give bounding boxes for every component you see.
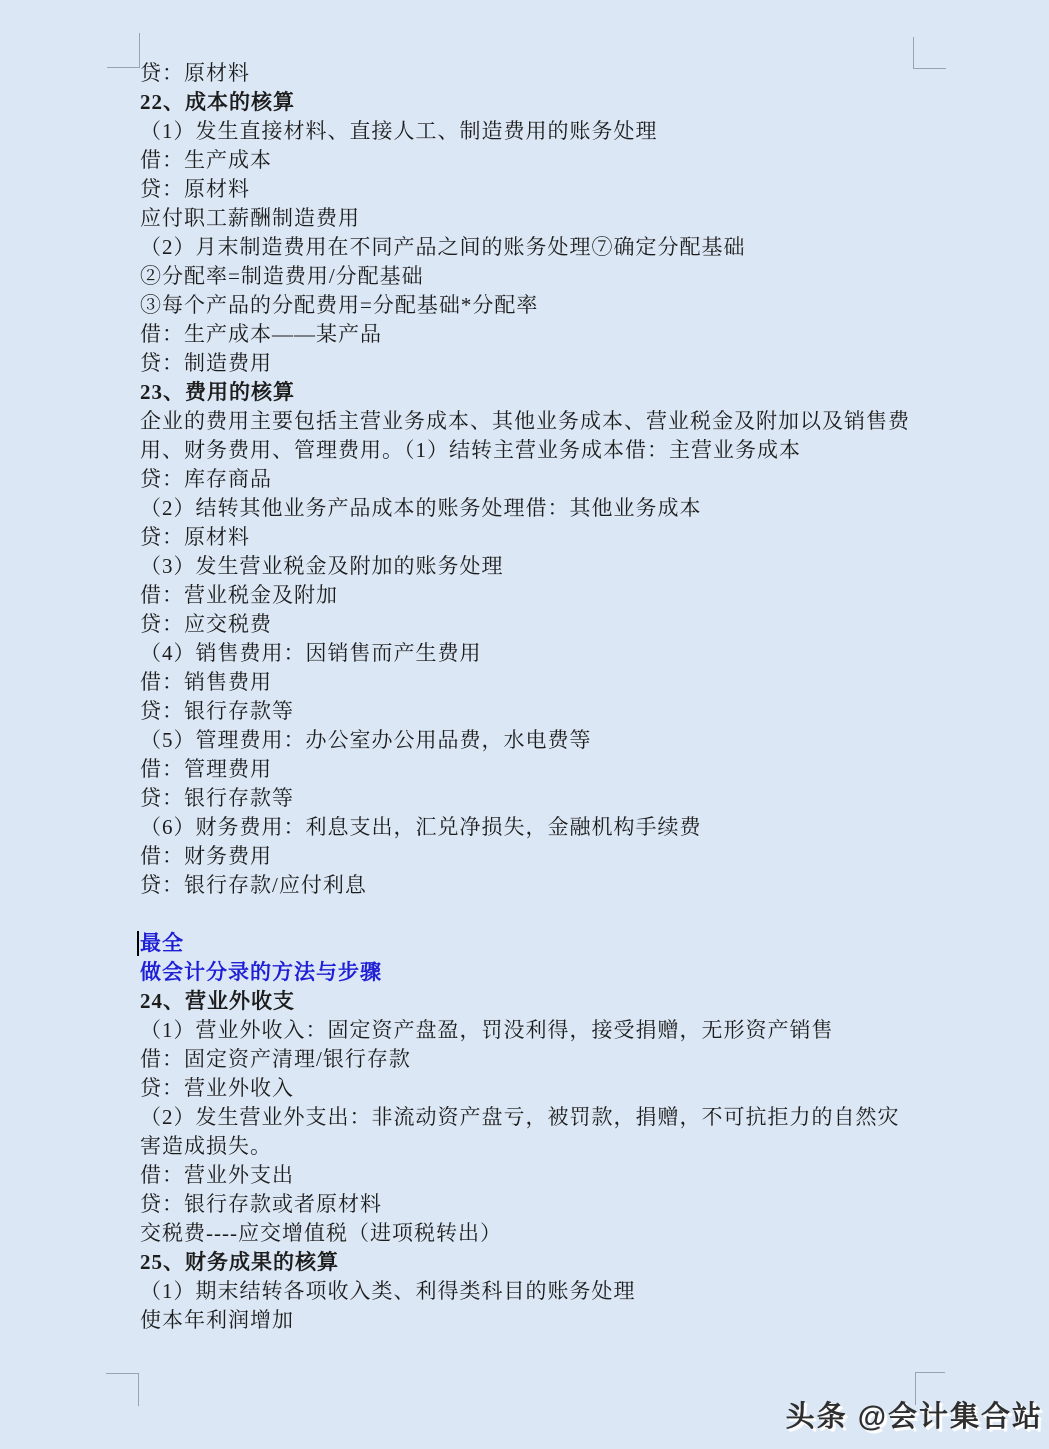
doc-line-text: 贷：制造费用 [140,351,272,375]
doc-line: 贷：银行存款等 [140,697,940,726]
doc-line: 做会计分录的方法与步骤 [140,958,940,987]
doc-line: 借：固定资产清理/银行存款 [140,1045,940,1074]
doc-line: （5）管理费用：办公室办公用品费，水电费等 [140,726,940,755]
doc-line-text: 贷：应交税费 [140,612,272,636]
doc-line-text: 借：营业税金及附加 [140,583,338,607]
doc-line-text: 借：销售费用 [140,670,272,694]
doc-line: 贷：营业外收入 [140,1074,940,1103]
doc-line: 贷：原材料 [140,523,940,552]
doc-line: 用、财务费用、管理费用。（1）结转主营业务成本借：主营业务成本 [140,436,940,465]
doc-line: 借：营业税金及附加 [140,581,940,610]
doc-line: 贷：银行存款等 [140,784,940,813]
section-heading: 25、财务成果的核算 [140,1248,940,1277]
doc-line-text: ②分配率=制造费用/分配基础 [140,264,424,288]
doc-line: ③每个产品的分配费用=分配基础*分配率 [140,291,940,320]
doc-line-text: 企业的费用主要包括主营业务成本、其他业务成本、营业税金及附加以及销售费 [140,409,910,433]
doc-line-text: 借：管理费用 [140,757,272,781]
doc-line-text: 贷：银行存款等 [140,786,294,810]
doc-line-text: 25、财务成果的核算 [140,1250,339,1274]
doc-line-text: 贷：银行存款/应付利息 [140,873,367,897]
doc-line: （2）月末制造费用在不同产品之间的账务处理⑦确定分配基础 [140,233,940,262]
doc-line-text: （1）发生直接材料、直接人工、制造费用的账务处理 [140,119,658,143]
doc-line-text: 贷：库存商品 [140,467,272,491]
doc-line-text: （2）发生营业外支出：非流动资产盘亏，被罚款，捐赠，不可抗拒力的自然灾 [140,1105,900,1129]
doc-line [140,900,940,929]
text-cursor [137,931,139,956]
doc-line: 贷：原材料 [140,175,940,204]
doc-line: 借：管理费用 [140,755,940,784]
doc-line: 贷：银行存款/应付利息 [140,871,940,900]
doc-line-text: （1）营业外收入：固定资产盘盈，罚没利得，接受捐赠，无形资产销售 [140,1018,834,1042]
doc-line-text: 借：生产成本——某产品 [140,322,382,346]
doc-line-text: 最全 [140,931,184,955]
doc-line-text: 借：固定资产清理/银行存款 [140,1047,411,1071]
doc-line-text: （2）结转其他业务产品成本的账务处理借：其他业务成本 [140,496,702,520]
doc-line-text: 借：生产成本 [140,148,272,172]
doc-line: 害造成损失。 [140,1132,940,1161]
doc-line: （2）结转其他业务产品成本的账务处理借：其他业务成本 [140,494,940,523]
doc-line: 借：销售费用 [140,668,940,697]
margin-mark-bottom-left-icon [106,1373,139,1406]
doc-line-text: 22、成本的核算 [140,90,295,114]
doc-line-text: 借：营业外支出 [140,1163,294,1187]
doc-line: 借：生产成本——某产品 [140,320,940,349]
doc-line-text: 贷：银行存款或者原材料 [140,1192,382,1216]
doc-line-text: （2）月末制造费用在不同产品之间的账务处理⑦确定分配基础 [140,235,746,259]
doc-line-text: 用、财务费用、管理费用。（1）结转主营业务成本借：主营业务成本 [140,438,801,462]
doc-line-text: 应付职工薪酬制造费用 [140,206,360,230]
doc-line-text: 23、费用的核算 [140,380,295,404]
doc-line-text: 做会计分录的方法与步骤 [140,960,382,984]
doc-line-text: （3）发生营业税金及附加的账务处理 [140,554,504,578]
doc-line: （1）期末结转各项收入类、利得类科目的账务处理 [140,1277,940,1306]
doc-line: （6）财务费用：利息支出，汇兑净损失，金融机构手续费 [140,813,940,842]
doc-line: 使本年利润增加 [140,1306,940,1335]
document-page: 贷：原材料22、成本的核算（1）发生直接材料、直接人工、制造费用的账务处理借：生… [0,0,1049,1449]
doc-line: 应付职工薪酬制造费用 [140,204,940,233]
doc-line-text: （6）财务费用：利息支出，汇兑净损失，金融机构手续费 [140,815,702,839]
doc-line: （3）发生营业税金及附加的账务处理 [140,552,940,581]
doc-line-text: （5）管理费用：办公室办公用品费，水电费等 [140,728,592,752]
section-heading: 22、成本的核算 [140,88,940,117]
doc-line-text: ③每个产品的分配费用=分配基础*分配率 [140,293,538,317]
doc-line-text: 贷：原材料 [140,177,250,201]
doc-line-text: 害造成损失。 [140,1134,272,1158]
doc-line: 借：营业外支出 [140,1161,940,1190]
doc-line: 贷：银行存款或者原材料 [140,1190,940,1219]
doc-line-text: （1）期末结转各项收入类、利得类科目的账务处理 [140,1279,636,1303]
margin-mark-top-left-icon [107,33,140,68]
doc-line: 贷：库存商品 [140,465,940,494]
section-heading: 23、费用的核算 [140,378,940,407]
doc-line: （1）营业外收入：固定资产盘盈，罚没利得，接受捐赠，无形资产销售 [140,1016,940,1045]
doc-line-text: 交税费----应交增值税（进项税转出） [140,1221,502,1245]
doc-line: 借：生产成本 [140,146,940,175]
doc-line-text: 贷：原材料 [140,61,250,85]
doc-line: （4）销售费用：因销售而产生费用 [140,639,940,668]
doc-line-text: 贷：银行存款等 [140,699,294,723]
doc-line-text: 贷：营业外收入 [140,1076,294,1100]
doc-line: 交税费----应交增值税（进项税转出） [140,1219,940,1248]
doc-line: （2）发生营业外支出：非流动资产盘亏，被罚款，捐赠，不可抗拒力的自然灾 [140,1103,940,1132]
doc-line-text: 24、营业外收支 [140,989,295,1013]
doc-line: 借：财务费用 [140,842,940,871]
doc-line: （1）发生直接材料、直接人工、制造费用的账务处理 [140,117,940,146]
doc-line: ②分配率=制造费用/分配基础 [140,262,940,291]
doc-line-text: 借：财务费用 [140,844,272,868]
doc-line: 贷：制造费用 [140,349,940,378]
doc-line-text: 贷：原材料 [140,525,250,549]
section-heading: 24、营业外收支 [140,987,940,1016]
doc-line: 贷：应交税费 [140,610,940,639]
doc-line: 贷：原材料 [140,59,940,88]
document-lines: 贷：原材料22、成本的核算（1）发生直接材料、直接人工、制造费用的账务处理借：生… [140,59,940,1335]
doc-line-text: （4）销售费用：因销售而产生费用 [140,641,482,665]
doc-line: 最全 [140,929,940,958]
doc-line-text: 使本年利润增加 [140,1308,294,1332]
watermark: 头条 @会计集合站 [786,1394,1043,1435]
doc-line: 企业的费用主要包括主营业务成本、其他业务成本、营业税金及附加以及销售费 [140,407,940,436]
